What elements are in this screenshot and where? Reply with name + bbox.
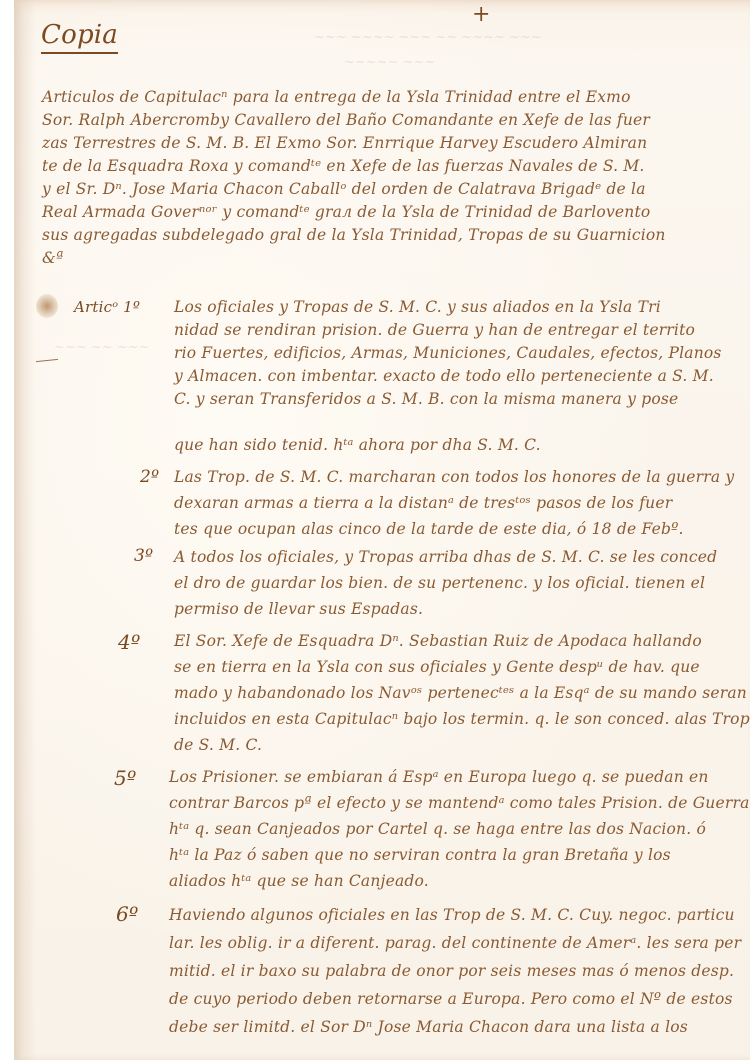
ink-stain [36,294,58,318]
article-number: Articᵒ 1º [74,298,140,316]
article-line: mitid. el ir baxo su palabra de onor por… [169,962,734,980]
article-line: permiso de llevar sus Espadas. [174,600,423,618]
article-number: 2º [140,467,159,487]
preamble-line: Sor. Ralph Abercromby Cavallero del Baño… [42,111,650,129]
header-cross-mark: + [472,2,491,27]
article-line: hᵗᵃ q. sean Canjeados por Cartel q. se h… [169,820,706,838]
article-line: de S. M. C. [174,736,262,754]
preamble-line: Articulos de Capitulacⁿ para la entrega … [42,88,631,106]
article-line: incluidos en esta Capitulacⁿ bajo los te… [174,710,750,728]
article-line: se en tierra en la Ysla con sus oficiale… [174,658,700,676]
article-number: 3º [134,546,153,566]
article-line: El Sor. Xefe de Esquadra Dⁿ. Sebastian R… [174,632,702,650]
article-line: lar. les oblig. ir a diferent. parag. de… [169,934,741,952]
article-number: 6º [116,902,139,926]
article-line: rio Fuertes, edificios, Armas, Municione… [174,344,722,362]
article-line: aliados hᵗᵃ que se han Canjeado. [169,872,429,890]
preamble-line: zas Terrestres de S. M. B. El Exmo Sor. … [42,134,647,152]
margin-mark [36,359,58,362]
article-line: Haviendo algunos oficiales en las Trop d… [169,906,735,924]
document-title: Copia [41,20,118,54]
article-line: tes que ocupan alas cinco de la tarde de… [174,520,684,538]
article-line: contrar Barcos pª el efecto y se mantend… [169,794,750,812]
preamble-line: y el Sr. Dⁿ. Jose Maria Chacon Caballᵒ d… [42,180,646,198]
bleed-through-text: ~~~~~ ~~~ [344,55,435,70]
article-line: A todos los oficiales, y Tropas arriba d… [174,548,717,566]
article-number: 5º [114,766,137,790]
article-line: hᵗᵃ la Paz ó saben que no serviran contr… [169,846,671,864]
preamble-line: sus agregadas subdelegado grаl de la Ysl… [42,226,666,244]
article-line: C. y seran Transferidos a S. M. B. con l… [174,390,678,408]
bleed-through-text: ~~~ ~~~~ ~~~ ~~ ~~~~ ~~~ [314,30,542,45]
bleed-through-text: ~~~ ~~ ~~~ [54,340,149,355]
article-line: el dro de guardar los bien. de su perten… [174,574,705,592]
preamble-line: &ª [42,249,64,267]
article-line: Las Trop. de S. M. C. marcharan con todo… [174,468,734,486]
article-line: dexaran armas a tierra a la distanᵃ de t… [174,494,672,512]
article-line: nidad se rendiran prision. de Guerra y h… [174,321,695,339]
manuscript-page: ~~~ ~~~~ ~~~ ~~ ~~~~ ~~~ ~~~~~ ~~~ ~~~ ~… [14,0,750,1060]
preamble-line: te de la Esquadra Roxa y comandᵗᵉ en Xef… [42,157,645,175]
article-line: Los oficiales y Tropas de S. M. C. y sus… [174,298,661,316]
article-line: Los Prisioner. se embiaran á Espᵃ en Eur… [169,768,709,786]
article-line: y Almacen. con imbentar. exacto de todo … [174,367,714,385]
article-line: de cuyo periodo deben retornarse a Europ… [169,990,733,1008]
article-line: que han sido tenid. hᵗᵃ ahora por dha S.… [174,436,541,454]
article-number: 4º [118,630,141,654]
article-line: mado y habandonado los Navᵒˢ pertenecᵗᵉˢ… [174,684,747,702]
article-line: debe ser limitd. el Sor Dⁿ Jose Maria Ch… [169,1018,688,1036]
preamble-line: Real Armada Goverⁿᵒʳ y comandᵗᵉ grал de … [42,203,650,221]
